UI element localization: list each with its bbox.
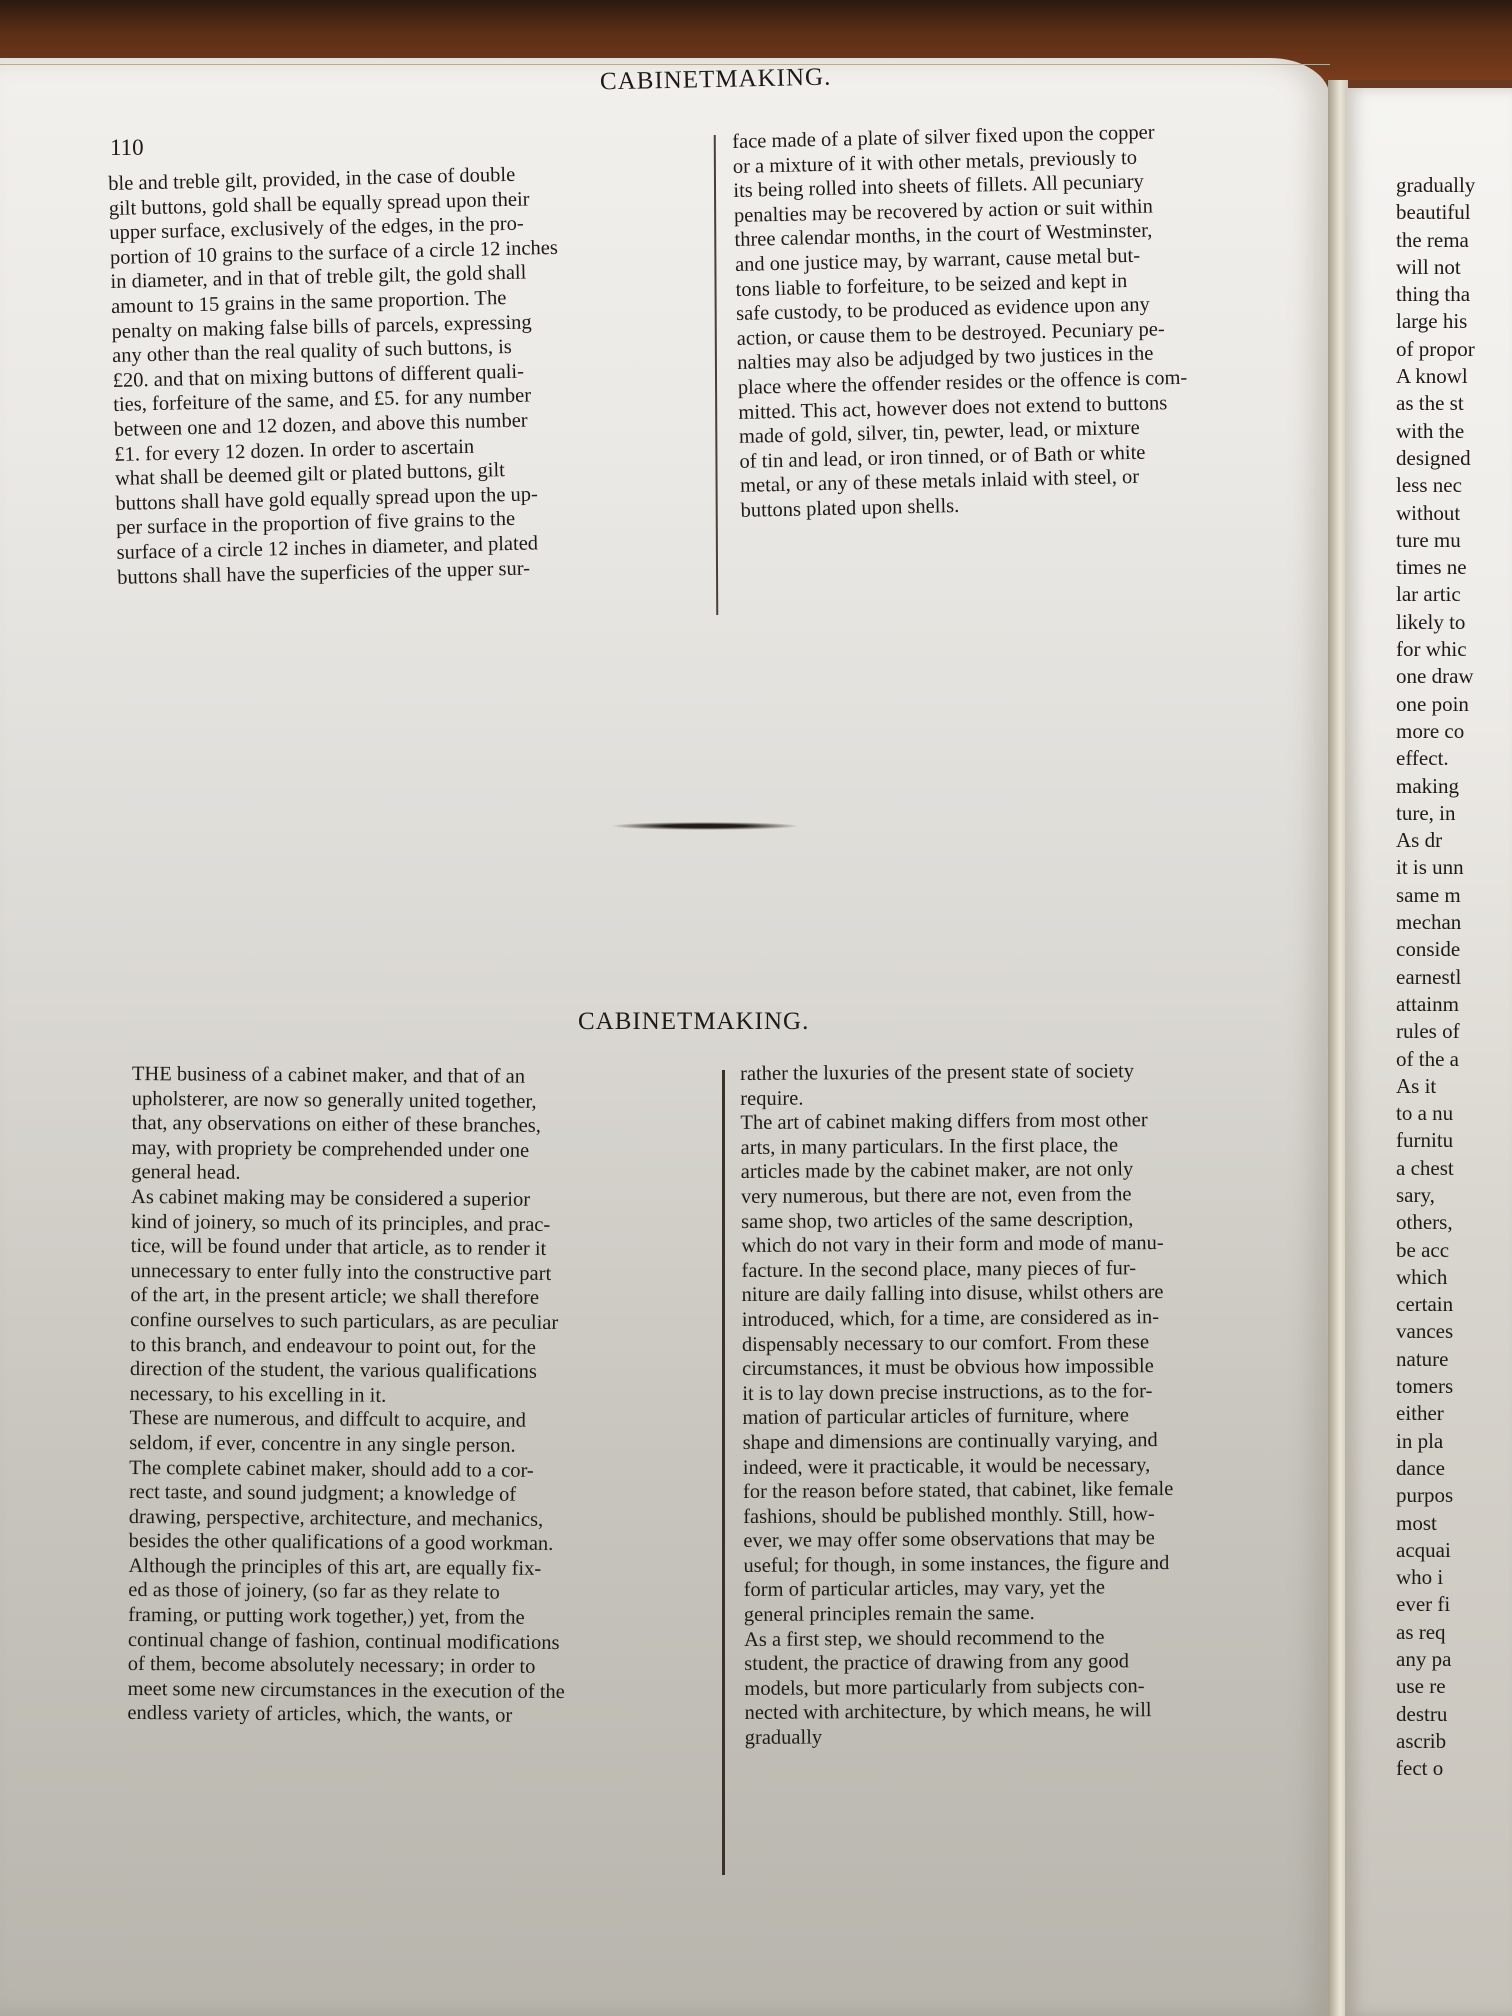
- text-line: of propor: [1396, 336, 1512, 363]
- text-line: which: [1396, 1264, 1512, 1291]
- text-line: As it: [1396, 1073, 1512, 1100]
- text-line: one poin: [1396, 691, 1512, 718]
- text-line: acquai: [1396, 1537, 1512, 1564]
- text-line: lar artic: [1396, 581, 1512, 608]
- text-line: will not: [1396, 254, 1512, 281]
- top-left-column: ble and treble gilt, provided, in the ca…: [108, 159, 707, 590]
- text-line: certain: [1396, 1291, 1512, 1318]
- text-line: of the a: [1396, 1046, 1512, 1073]
- text-line: large his: [1396, 308, 1512, 335]
- text-line: earnestl: [1396, 964, 1512, 991]
- text-line: endless variety of articles, which, the …: [127, 1701, 699, 1730]
- text-line: dance: [1396, 1455, 1512, 1482]
- text-line: As cabinet making may be considered a su…: [131, 1185, 703, 1214]
- article-title: CABINETMAKING.: [578, 1008, 809, 1036]
- text-line: confine ourselves to such particulars, a…: [130, 1308, 702, 1337]
- text-line: to a nu: [1396, 1100, 1512, 1127]
- text-line: who i: [1396, 1564, 1512, 1591]
- text-line: others,: [1396, 1209, 1512, 1236]
- text-line: less nec: [1396, 472, 1512, 499]
- text-line: any pa: [1396, 1646, 1512, 1673]
- text-line: tice, will be found under that article, …: [131, 1234, 703, 1263]
- text-line: ture, in: [1396, 800, 1512, 827]
- text-line: use re: [1396, 1673, 1512, 1700]
- text-line: tomers: [1396, 1373, 1512, 1400]
- text-line: furnitu: [1396, 1127, 1512, 1154]
- text-line: same m: [1396, 882, 1512, 909]
- text-line: besides the other qualifications of a go…: [129, 1529, 701, 1558]
- text-line: with the: [1396, 418, 1512, 445]
- text-line: direction of the student, the various qu…: [130, 1357, 702, 1386]
- text-line: THE business of a cabinet maker, and tha…: [132, 1062, 704, 1091]
- section-divider-ornament: [610, 822, 800, 830]
- text-line: times ne: [1396, 554, 1512, 581]
- text-line: A knowl: [1396, 363, 1512, 390]
- text-line: gradually: [1396, 172, 1512, 199]
- text-line: ture mu: [1396, 527, 1512, 554]
- text-line: as req: [1396, 1619, 1512, 1646]
- top-right-column: face made of a plate of silver fixed upo…: [732, 116, 1341, 523]
- running-head: CABINETMAKING.: [600, 64, 832, 97]
- article-left-column: THE business of a cabinet maker, and tha…: [127, 1062, 704, 1730]
- text-line: purpos: [1396, 1482, 1512, 1509]
- text-line: destru: [1396, 1701, 1512, 1728]
- text-line: beautiful: [1396, 199, 1512, 226]
- text-line: more co: [1396, 718, 1512, 745]
- text-line: that, any observations on either of thes…: [131, 1111, 703, 1140]
- text-line: vances: [1396, 1318, 1512, 1345]
- text-line: effect.: [1396, 745, 1512, 772]
- text-line: for whic: [1396, 636, 1512, 663]
- text-line: As dr: [1396, 827, 1512, 854]
- text-line: designed: [1396, 445, 1512, 472]
- text-line: nature: [1396, 1346, 1512, 1373]
- column-rule-bottom: [722, 1070, 725, 1875]
- text-line: in pla: [1396, 1428, 1512, 1455]
- text-line: rules of: [1396, 1018, 1512, 1045]
- text-line: attainm: [1396, 991, 1512, 1018]
- text-line: framing, or putting work together,) yet,…: [128, 1603, 700, 1632]
- text-line: of them, become absolutely necessary; in…: [128, 1652, 700, 1681]
- text-line: thing tha: [1396, 281, 1512, 308]
- text-line: likely to: [1396, 609, 1512, 636]
- text-line: it is unn: [1396, 854, 1512, 881]
- text-line: making: [1396, 773, 1512, 800]
- facing-page-text-fragment: graduallybeautifulthe remawill notthing …: [1396, 172, 1512, 1783]
- page-number: 110: [110, 135, 144, 161]
- text-line: conside: [1396, 936, 1512, 963]
- text-line: rect taste, and sound judgment; a knowle…: [129, 1480, 701, 1509]
- text-line: ever fi: [1396, 1591, 1512, 1618]
- text-line: most: [1396, 1510, 1512, 1537]
- text-line: a chest: [1396, 1155, 1512, 1182]
- text-line: one draw: [1396, 663, 1512, 690]
- text-line: without: [1396, 500, 1512, 527]
- text-line: the rema: [1396, 227, 1512, 254]
- text-line: gradually: [745, 1722, 1345, 1751]
- text-line: seldom, if ever, concentre in any single…: [129, 1431, 701, 1460]
- article-right-column: rather the luxuries of the present state…: [740, 1058, 1345, 1751]
- text-line: as the st: [1396, 390, 1512, 417]
- text-line: sary,: [1396, 1182, 1512, 1209]
- text-line: mechan: [1396, 909, 1512, 936]
- text-line: be acc: [1396, 1237, 1512, 1264]
- text-line: fect o: [1396, 1755, 1512, 1782]
- text-line: ascrib: [1396, 1728, 1512, 1755]
- text-line: either: [1396, 1400, 1512, 1427]
